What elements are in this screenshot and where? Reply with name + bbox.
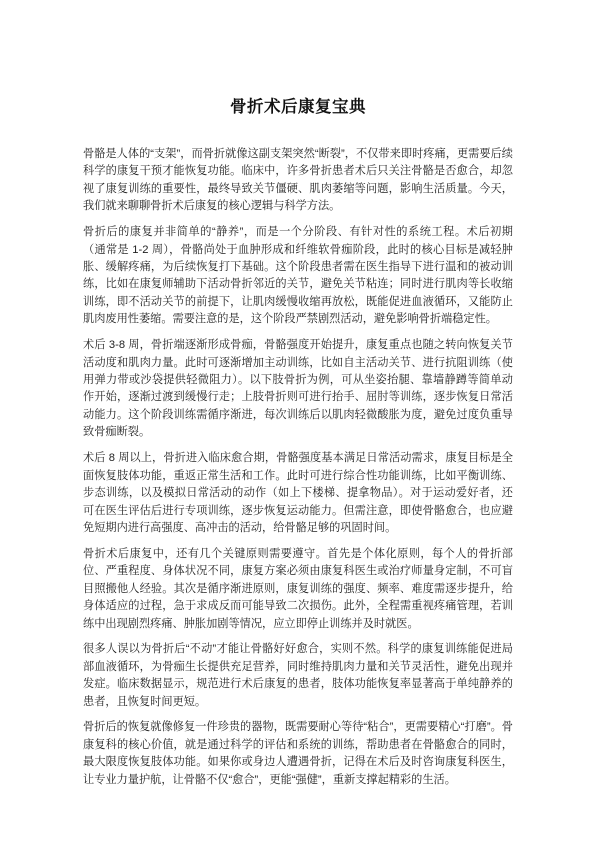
paragraph: 很多人误以为骨折后“不动”才能让骨骼好好愈合，实则不然。科学的康复训练能促进局部… (83, 641, 513, 711)
paragraph-list: 骨骼是人体的“支架”，而骨折就像这副支架突然“断裂”，不仅带来即时疼痛，更需要后… (83, 146, 513, 789)
page-title: 骨折术后康复宝典 (83, 93, 513, 117)
paragraph: 骨折后的恢复就像修复一件珍贵的器物，既需要耐心等待“粘合”，更需要精心“打磨”。… (83, 719, 513, 789)
paragraph: 骨折术后康复中，还有几个关键原则需要遵守。首先是个体化原则，每个人的骨折部位、严… (83, 546, 513, 633)
paragraph: 术后 3-8 周，骨折端逐渐形成骨痂，骨骼强度开始提升，康复重点也随之转向恢复关… (83, 337, 513, 442)
paragraph: 骨骼是人体的“支架”，而骨折就像这副支架突然“断裂”，不仅带来即时疼痛，更需要后… (83, 146, 513, 216)
paragraph: 术后 8 周以上，骨折进入临床愈合期，骨骼强度基本满足日常活动需求，康复目标是全… (83, 450, 513, 537)
document-content: 骨折术后康复宝典 骨骼是人体的“支架”，而骨折就像这副支架突然“断裂”，不仅带来… (0, 0, 595, 829)
document-page: 骨折术后康复宝典 骨骼是人体的“支架”，而骨折就像这副支架突然“断裂”，不仅带来… (0, 0, 595, 841)
paragraph: 骨折后的康复并非简单的“静养”，而是一个分阶段、有针对性的系统工程。术后初期（通… (83, 224, 513, 329)
